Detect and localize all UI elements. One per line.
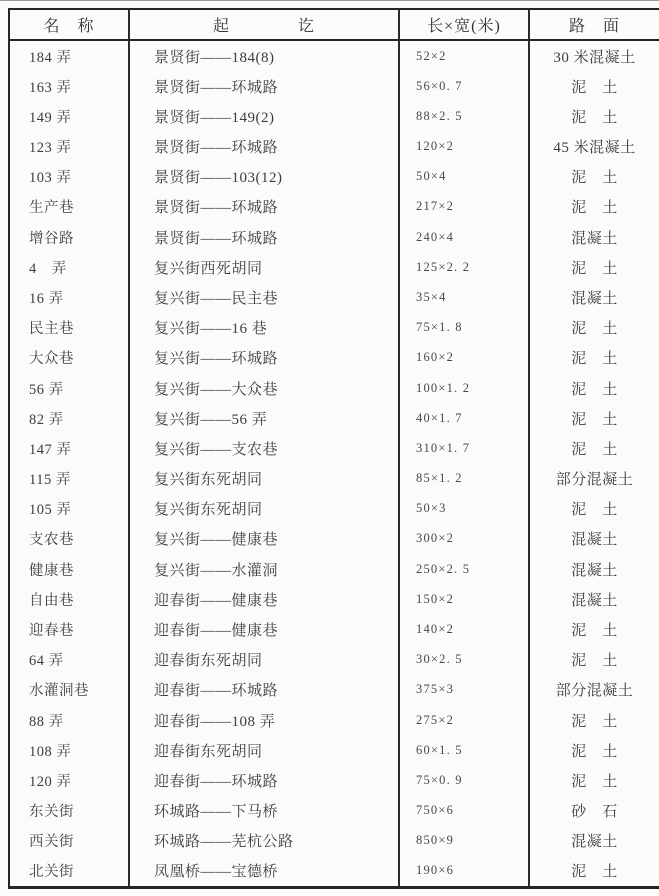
- size-cell: 190×6: [400, 856, 530, 886]
- route-cell: 迎春街——环城路: [130, 765, 400, 795]
- route-cell: 迎春街东死胡同: [130, 645, 400, 675]
- surface-cell: 泥 土: [530, 645, 659, 675]
- name-cell: 生产巷: [10, 192, 130, 222]
- size-cell: 240×4: [400, 222, 530, 252]
- name-cell: 184 弄: [10, 41, 130, 71]
- name-cell: 东关街: [10, 795, 130, 825]
- name-cell: 大众巷: [10, 343, 130, 373]
- surface-cell: 部分混凝土: [530, 464, 659, 494]
- route-cell: 复兴街——大众巷: [130, 373, 400, 403]
- route-cell: 凤凰桥——宝德桥: [130, 856, 400, 886]
- size-cell: 275×2: [400, 705, 530, 735]
- route-cell: 复兴街东死胡同: [130, 494, 400, 524]
- name-cell: 88 弄: [10, 705, 130, 735]
- surface-cell: 泥 土: [530, 403, 659, 433]
- name-cell: 西关街: [10, 826, 130, 856]
- surface-cell: 45 米混凝土: [530, 132, 659, 162]
- column-header-route: 起 讫: [130, 10, 400, 41]
- surface-cell: 泥 土: [530, 373, 659, 403]
- size-cell: 100×1. 2: [400, 373, 530, 403]
- surface-cell: 混凝土: [530, 524, 659, 554]
- name-cell: 123 弄: [10, 132, 130, 162]
- size-cell: 120×2: [400, 132, 530, 162]
- route-cell: 迎春街东死胡同: [130, 735, 400, 765]
- size-cell: 310×1. 7: [400, 433, 530, 463]
- surface-cell: 泥 土: [530, 856, 659, 886]
- route-cell: 复兴街——56 弄: [130, 403, 400, 433]
- name-cell: 115 弄: [10, 464, 130, 494]
- surface-cell: 砂 石: [530, 795, 659, 825]
- size-cell: 35×4: [400, 282, 530, 312]
- size-cell: 850×9: [400, 826, 530, 856]
- name-cell: 56 弄: [10, 373, 130, 403]
- surface-cell: 泥 土: [530, 494, 659, 524]
- surface-cell: 泥 土: [530, 343, 659, 373]
- size-cell: 300×2: [400, 524, 530, 554]
- scan-edge-line: [0, 0, 659, 1]
- route-cell: 景贤街——环城路: [130, 222, 400, 252]
- surface-cell: 混凝土: [530, 554, 659, 584]
- route-cell: 复兴街西死胡同: [130, 252, 400, 282]
- name-cell: 108 弄: [10, 735, 130, 765]
- name-cell: 103 弄: [10, 162, 130, 192]
- size-cell: 750×6: [400, 795, 530, 825]
- name-cell: 民主巷: [10, 313, 130, 343]
- surface-cell: 部分混凝土: [530, 675, 659, 705]
- size-cell: 50×4: [400, 162, 530, 192]
- size-cell: 375×3: [400, 675, 530, 705]
- size-cell: 30×2. 5: [400, 645, 530, 675]
- name-cell: 105 弄: [10, 494, 130, 524]
- route-cell: 复兴街——民主巷: [130, 282, 400, 312]
- name-cell: 120 弄: [10, 765, 130, 795]
- route-cell: 迎春街——环城路: [130, 675, 400, 705]
- route-cell: 复兴街——支农巷: [130, 433, 400, 463]
- route-cell: 景贤街——环城路: [130, 192, 400, 222]
- size-cell: 50×3: [400, 494, 530, 524]
- surface-cell: 泥 土: [530, 101, 659, 131]
- route-cell: 环城路——下马桥: [130, 795, 400, 825]
- size-cell: 88×2. 5: [400, 101, 530, 131]
- surface-cell: 30 米混凝土: [530, 41, 659, 71]
- route-cell: 景贤街——149(2): [130, 101, 400, 131]
- name-cell: 健康巷: [10, 554, 130, 584]
- name-cell: 北关街: [10, 856, 130, 886]
- surface-cell: 泥 土: [530, 313, 659, 343]
- name-cell: 82 弄: [10, 403, 130, 433]
- size-cell: 150×2: [400, 584, 530, 614]
- route-cell: 复兴街——水灌洞: [130, 554, 400, 584]
- size-cell: 52×2: [400, 41, 530, 71]
- size-cell: 125×2. 2: [400, 252, 530, 282]
- size-cell: 40×1. 7: [400, 403, 530, 433]
- column-header-name: 名 称: [10, 10, 130, 41]
- surface-cell: 混凝土: [530, 222, 659, 252]
- name-cell: 迎春巷: [10, 614, 130, 644]
- size-cell: 85×1. 2: [400, 464, 530, 494]
- surface-cell: 泥 土: [530, 192, 659, 222]
- route-cell: 景贤街——184(8): [130, 41, 400, 71]
- scanned-document-page: { "colors":{ "paper":"#fbfbfa", "rule":"…: [0, 0, 659, 896]
- name-cell: 64 弄: [10, 645, 130, 675]
- surface-cell: 泥 土: [530, 252, 659, 282]
- name-cell: 增谷路: [10, 222, 130, 252]
- name-cell: 149 弄: [10, 101, 130, 131]
- name-cell: 147 弄: [10, 433, 130, 463]
- name-cell: 4 弄: [10, 252, 130, 282]
- route-cell: 环城路——芜杭公路: [130, 826, 400, 856]
- size-cell: 56×0. 7: [400, 71, 530, 101]
- size-cell: 75×1. 8: [400, 313, 530, 343]
- name-cell: 163 弄: [10, 71, 130, 101]
- route-cell: 景贤街——环城路: [130, 71, 400, 101]
- route-cell: 迎春街——健康巷: [130, 614, 400, 644]
- column-header-surface: 路 面: [530, 10, 659, 41]
- size-cell: 250×2. 5: [400, 554, 530, 584]
- column-header-size: 长×宽(米): [400, 10, 530, 41]
- name-cell: 支农巷: [10, 524, 130, 554]
- surface-cell: 泥 土: [530, 765, 659, 795]
- name-cell: 自由巷: [10, 584, 130, 614]
- surface-cell: 泥 土: [530, 735, 659, 765]
- size-cell: 60×1. 5: [400, 735, 530, 765]
- size-cell: 217×2: [400, 192, 530, 222]
- route-cell: 复兴街——环城路: [130, 343, 400, 373]
- route-cell: 复兴街——健康巷: [130, 524, 400, 554]
- name-cell: 水灌洞巷: [10, 675, 130, 705]
- size-cell: 140×2: [400, 614, 530, 644]
- surface-cell: 泥 土: [530, 71, 659, 101]
- surface-cell: 泥 土: [530, 614, 659, 644]
- route-cell: 迎春街——108 弄: [130, 705, 400, 735]
- route-cell: 景贤街——环城路: [130, 132, 400, 162]
- size-cell: 160×2: [400, 343, 530, 373]
- road-register-table: 名 称 起 讫 长×宽(米) 路 面 184 弄景贤街——184(8)52×23…: [8, 8, 659, 889]
- route-cell: 景贤街——103(12): [130, 162, 400, 192]
- surface-cell: 混凝土: [530, 826, 659, 856]
- surface-cell: 泥 土: [530, 162, 659, 192]
- surface-cell: 混凝土: [530, 282, 659, 312]
- route-cell: 迎春街——健康巷: [130, 584, 400, 614]
- size-cell: 75×0. 9: [400, 765, 530, 795]
- surface-cell: 泥 土: [530, 433, 659, 463]
- surface-cell: 泥 土: [530, 705, 659, 735]
- route-cell: 复兴街东死胡同: [130, 464, 400, 494]
- route-cell: 复兴街——16 巷: [130, 313, 400, 343]
- name-cell: 16 弄: [10, 282, 130, 312]
- surface-cell: 混凝土: [530, 584, 659, 614]
